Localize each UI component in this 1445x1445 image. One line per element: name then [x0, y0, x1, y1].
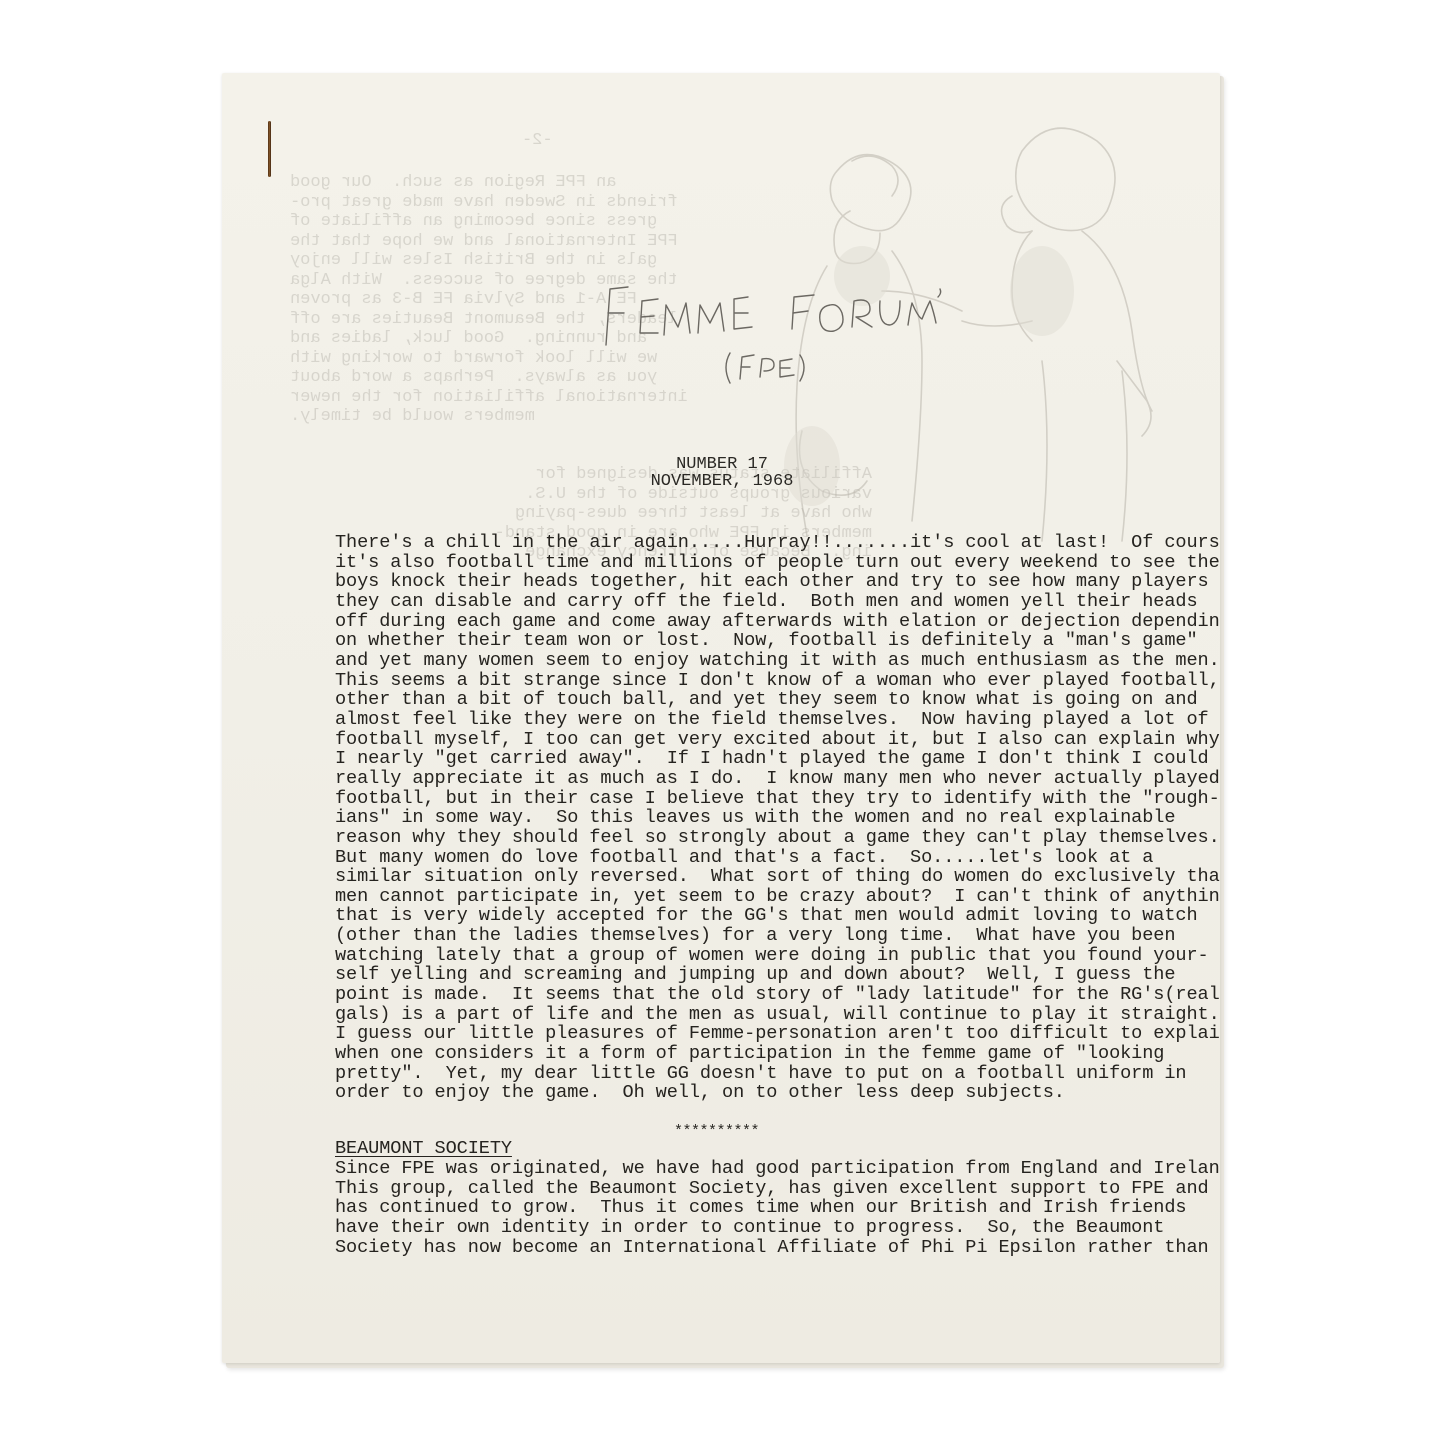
intro-paragraph: There's a chill in the air again.....Hur… — [335, 533, 1165, 1103]
text-line: reason why they should feel so strongly … — [335, 828, 1165, 848]
text-line: has continued to grow. Thus it comes tim… — [335, 1198, 1165, 1218]
text-line: almost feel like they were on the field … — [335, 710, 1165, 730]
section-body-beaumont-society: Since FPE was originated, we have had go… — [335, 1159, 1165, 1257]
text-line: watching lately that a group of women we… — [335, 946, 1165, 966]
text-line: have their own identity in order to cont… — [335, 1218, 1165, 1238]
text-line: But many women do love football and that… — [335, 848, 1165, 868]
issue-number: NUMBER 17 — [622, 456, 822, 473]
text-line: football myself, I too can get very exci… — [335, 730, 1165, 750]
text-line: Society has now become an International … — [335, 1238, 1165, 1258]
staple — [268, 121, 271, 177]
text-line: football, but in their case I believe th… — [335, 789, 1165, 809]
text-line: ians" in some way. So this leaves us wit… — [335, 808, 1165, 828]
text-line: I guess our little pleasures of Femme-pe… — [335, 1024, 1165, 1044]
show-through-page-number: -2- — [522, 131, 553, 151]
text-line: when one considers it a form of particip… — [335, 1044, 1165, 1064]
photo-scene: -2- an FPE Region as such. Our good frie… — [0, 0, 1445, 1445]
text-line: boys knock their heads together, hit eac… — [335, 572, 1165, 592]
text-line: on whether their team won or lost. Now, … — [335, 631, 1165, 651]
text-line: they can disable and carry off the field… — [335, 592, 1165, 612]
text-line: This seems a bit strange since I don't k… — [335, 671, 1165, 691]
text-line: and yet many women seem to enjoy watchin… — [335, 651, 1165, 671]
text-line: men cannot participate in, yet seem to b… — [335, 887, 1165, 907]
text-line: other than a bit of touch ball, and yet … — [335, 690, 1165, 710]
text-line: it's also football time and millions of … — [335, 553, 1165, 573]
text-line: I nearly "get carried away". If I hadn't… — [335, 749, 1165, 769]
text-line: gals) is a part of life and the men as u… — [335, 1005, 1165, 1025]
issue-date: NOVEMBER, 1968 — [622, 473, 822, 490]
text-line: that is very widely accepted for the GG'… — [335, 906, 1165, 926]
text-line: off during each game and come away after… — [335, 612, 1165, 632]
section-separator: ********** — [674, 1123, 759, 1140]
text-line: Since FPE was originated, we have had go… — [335, 1159, 1165, 1179]
issue-header: NUMBER 17 NOVEMBER, 1968 — [622, 456, 822, 490]
text-line: really appreciate it as much as I do. I … — [335, 769, 1165, 789]
text-line: This group, called the Beaumont Society,… — [335, 1179, 1165, 1199]
text-line: (other than the ladies themselves) for a… — [335, 926, 1165, 946]
text-line: pretty". Yet, my dear little GG doesn't … — [335, 1064, 1165, 1084]
text-line: There's a chill in the air again.....Hur… — [335, 533, 1165, 553]
text-line: point is made. It seems that the old sto… — [335, 985, 1165, 1005]
newsletter-page: -2- an FPE Region as such. Our good frie… — [222, 73, 1220, 1363]
section-heading-beaumont-society: BEAUMONT SOCIETY — [335, 1139, 512, 1159]
text-line: similar situation only reversed. What so… — [335, 867, 1165, 887]
text-line: self yelling and screaming and jumping u… — [335, 965, 1165, 985]
handwritten-annotation — [602, 283, 962, 413]
text-line: order to enjoy the game. Oh well, on to … — [335, 1083, 1165, 1103]
